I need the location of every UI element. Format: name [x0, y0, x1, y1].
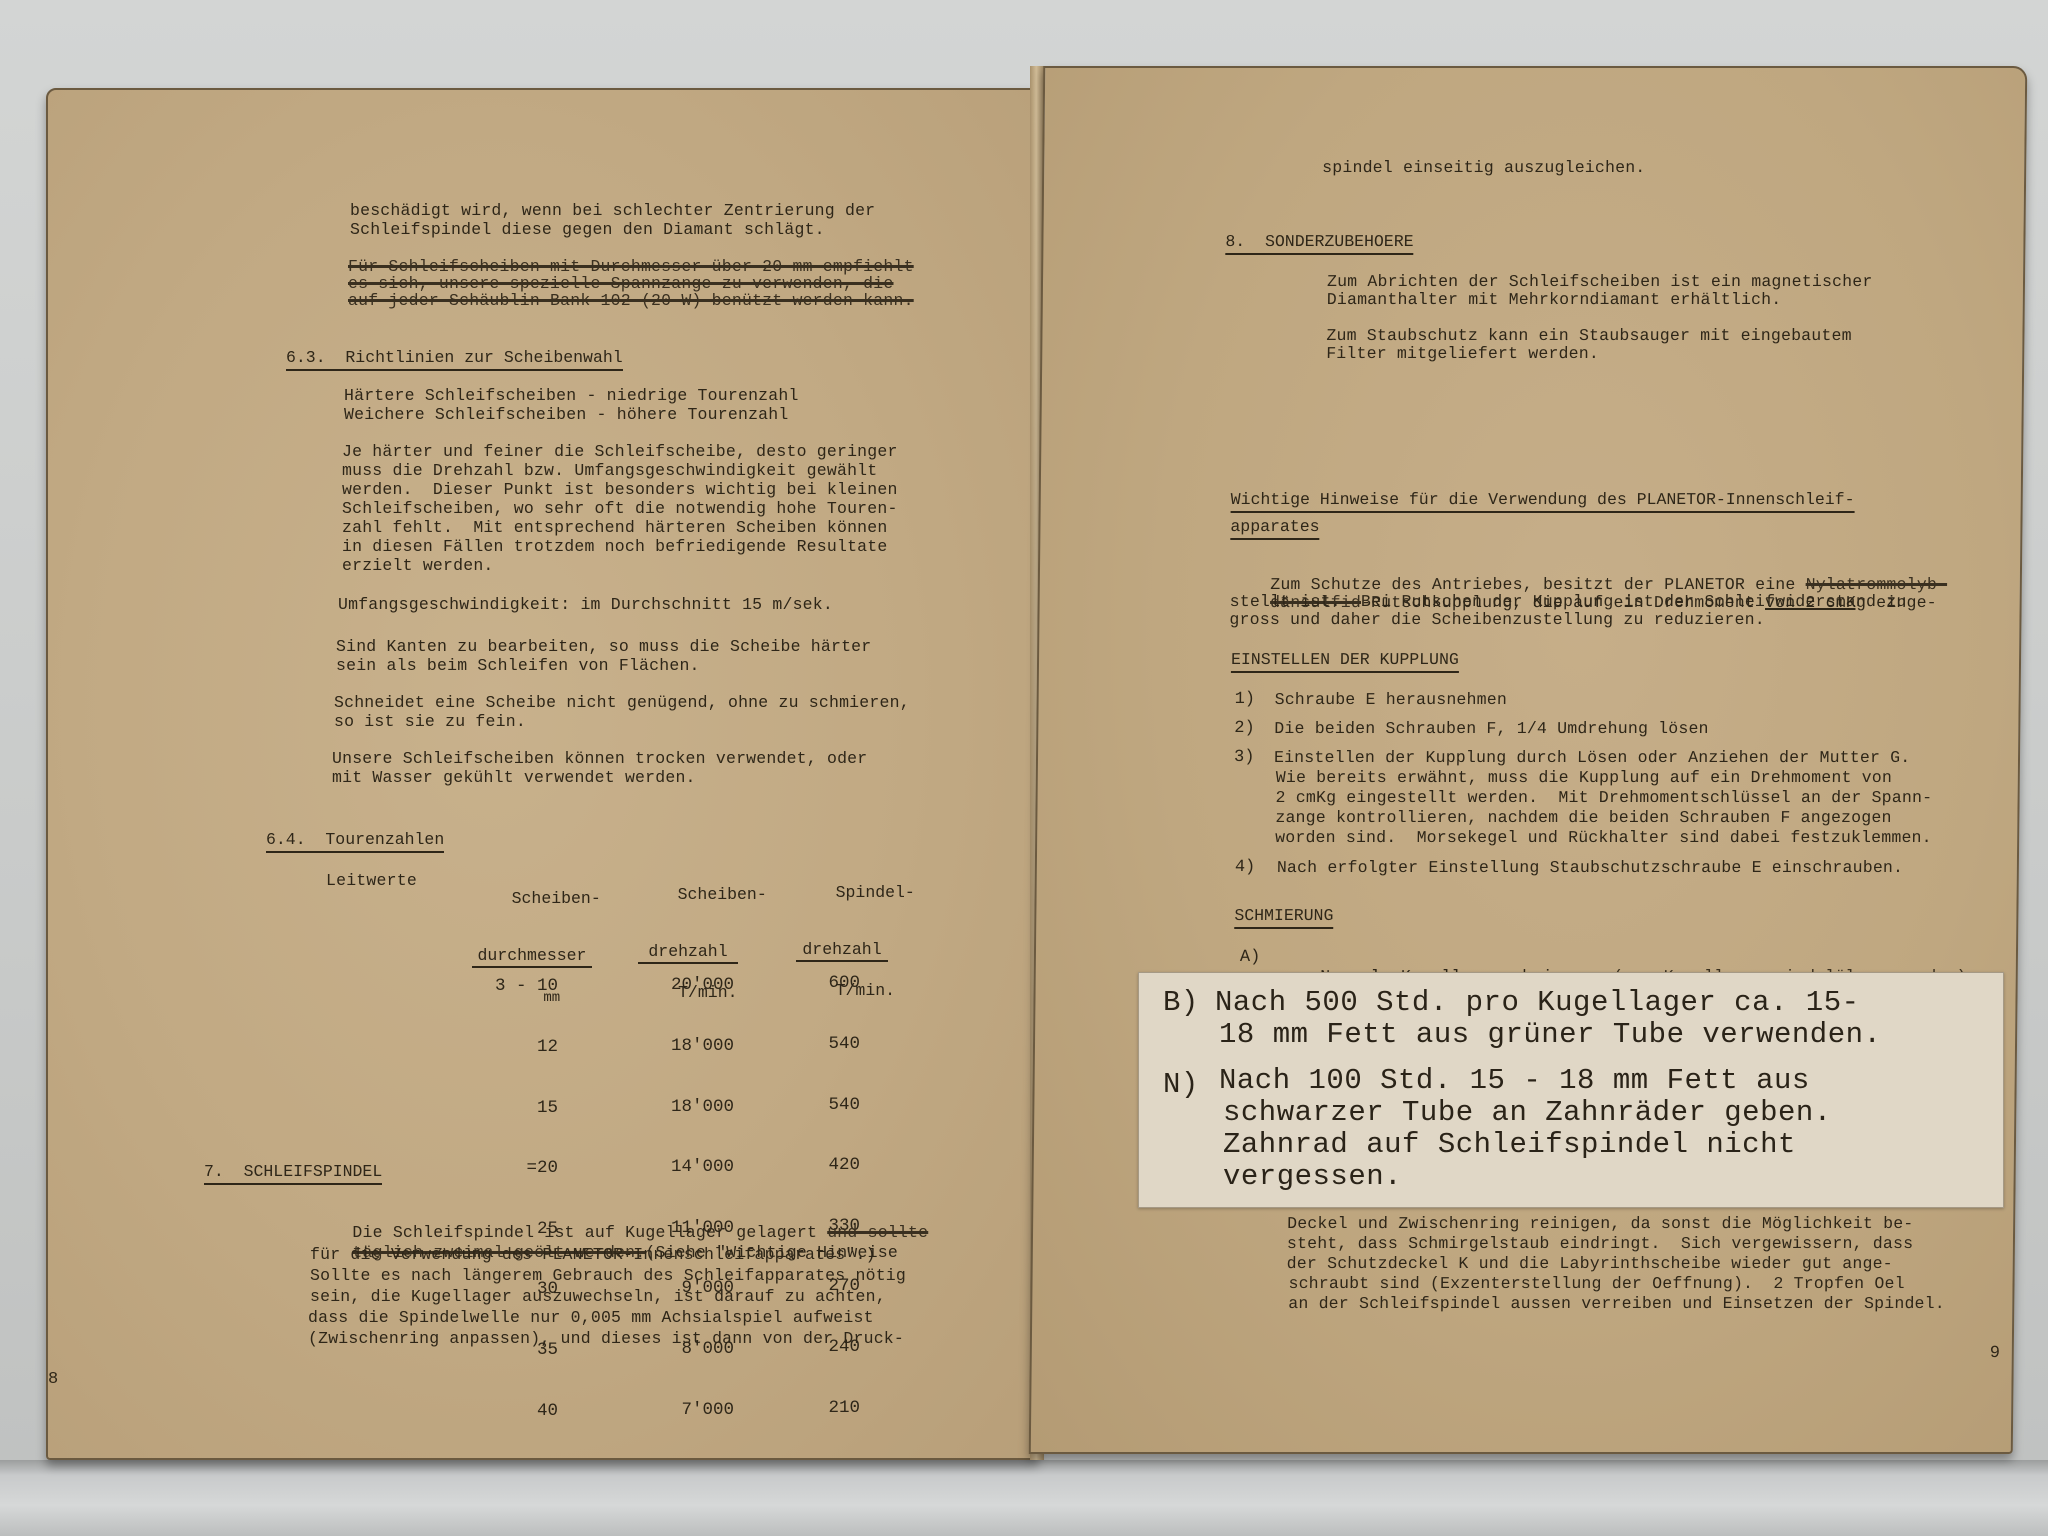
rule-line: Härtere Schleifscheiben - niedrige Toure…	[344, 386, 799, 405]
paragraph-line: sein als beim Schleifen von Flächen.	[336, 656, 700, 675]
paragraph-line: Zum Abrichten der Schleifscheiben ist ei…	[1327, 272, 1873, 291]
table-cell: 420	[818, 1155, 860, 1175]
section-heading-8: 8. SONDERZUBEHOERE	[1225, 232, 1413, 255]
table-cell: 7'000	[648, 1400, 734, 1420]
sticker-line: Nach 500 Std. pro Kugellager ca. 15-	[1215, 987, 1860, 1019]
paragraph-line: muss die Drehzahl bzw. Umfangsgeschwindi…	[342, 461, 877, 480]
table-cell: 40	[478, 1401, 558, 1421]
page-number: 8	[48, 1370, 58, 1389]
item-label: B)	[1163, 987, 1199, 1019]
speed-note: Umfangsgeschwindigkeit: im Durchschnitt …	[338, 595, 833, 614]
step-text: zange kontrollieren, nachdem die beiden …	[1275, 808, 1891, 827]
step-text: Wie bereits erwähnt, muss die Kupplung a…	[1276, 768, 1892, 787]
paragraph-line: stellt ist. Bei Rutschen der Kupplung is…	[1230, 592, 1907, 611]
table-cell: 540	[818, 1095, 860, 1115]
table-cell: 12	[478, 1037, 558, 1057]
intro-line: beschädigt wird, wenn bei schlechter Zen…	[350, 201, 875, 220]
paragraph-line: steht, dass Schmirgelstaub eindringt. Si…	[1287, 1234, 1914, 1253]
lubrication-heading: SCHMIERUNG	[1234, 906, 1333, 929]
clutch-heading: EINSTELLEN DER KUPPLUNG	[1231, 650, 1459, 673]
table-cell: 18'000	[648, 1036, 734, 1056]
step-text: Nach erfolgter Einstellung Staubschutzsc…	[1277, 858, 1904, 877]
section-heading-6-4: 6.4. Tourenzahlen	[266, 830, 444, 853]
table-column-diameter: 3 - 10 12 15 =20 25 30 35 40	[478, 936, 558, 1461]
paragraph-line: Sollte es nach längerem Gebrauch des Sch…	[310, 1266, 906, 1285]
table-cell: 600	[818, 973, 860, 993]
paragraph-line: dass die Spindelwelle nur 0,005 mm Achsi…	[308, 1308, 874, 1327]
left-page: beschädigt wird, wenn bei schlechter Zen…	[46, 88, 1038, 1460]
notes-heading-line-2: apparates	[1230, 517, 1319, 540]
step-text: Die beiden Schrauben F, 1/4 Umdrehung lö…	[1274, 719, 1709, 738]
table-row-label: Leitwerte	[326, 871, 417, 890]
table-cell: 20'000	[648, 975, 734, 995]
paragraph-line: erzielt werden.	[342, 556, 494, 575]
table-column-spindle-speed: 600 540 540 420 330 270 240 210	[818, 933, 860, 1458]
paragraph-line: der Schutzdeckel K und die Labyrinthsche…	[1287, 1254, 1893, 1273]
sticker-line: vergessen.	[1223, 1161, 1402, 1193]
rule-line: Weichere Schleifscheiben - höhere Touren…	[344, 405, 788, 424]
step-text: Einstellen der Kupplung durch Lösen oder…	[1274, 748, 1911, 767]
step-number: 3)	[1234, 748, 1255, 767]
paragraph-line: in diesen Fällen trotzdem noch befriedig…	[342, 537, 888, 556]
paragraph-line: an der Schleifspindel aussen verreiben u…	[1288, 1294, 1945, 1313]
page-number: 9	[1990, 1344, 2000, 1363]
paragraph-line: Schneidet eine Scheibe nicht genügend, o…	[334, 693, 910, 712]
step-number: 4)	[1235, 858, 1256, 877]
table-column-disc-speed: 20'000 18'000 18'000 14'000 11'000 9'000…	[648, 935, 734, 1460]
paragraph-line: sein, die Kugellager auszuwechseln, ist …	[310, 1287, 886, 1306]
paragraph-line: Deckel und Zwischenring reinigen, da son…	[1287, 1214, 1914, 1233]
paragraph-line: so ist sie zu fein.	[334, 712, 526, 731]
item-label: N)	[1163, 1069, 1199, 1101]
step-number: 1)	[1235, 690, 1256, 709]
item-label: A)	[1240, 948, 1261, 967]
paragraph-line: zahl fehlt. Mit entsprechend härteren Sc…	[342, 518, 888, 537]
table-cell: =20	[478, 1158, 558, 1178]
sticker-line: Nach 100 Std. 15 - 18 mm Fett aus	[1219, 1065, 1810, 1097]
section-heading-7: 7. SCHLEIFSPINDEL	[204, 1162, 382, 1185]
sticker-line: Zahnrad auf Schleifspindel nicht	[1223, 1129, 1796, 1161]
paragraph-line: gross und daher die Scheibenzustellung z…	[1229, 610, 1765, 629]
paragraph-line: Schleifscheiben, wo sehr oft die notwend…	[342, 499, 898, 518]
continuation-line: spindel einseitig auszugleichen.	[1322, 158, 1645, 177]
step-text: worden sind. Morsekegel und Rückhalter s…	[1275, 828, 1932, 847]
sticker-line: schwarzer Tube an Zahnräder geben.	[1223, 1097, 1832, 1129]
right-page: spindel einseitig auszugleichen. 8. SOND…	[1029, 66, 2028, 1454]
table-cell: 540	[818, 1034, 860, 1054]
step-number: 2)	[1234, 719, 1255, 738]
notes-heading-line-1: Wichtige Hinweise für die Verwendung des…	[1231, 490, 1855, 513]
table-cell: 14'000	[648, 1157, 734, 1177]
table-cell: 18'000	[648, 1097, 734, 1117]
sticker-line: 18 mm Fett aus grüner Tube verwenden.	[1219, 1019, 1881, 1051]
paragraph-line: für die Verwendung des PLANETOR-Innensch…	[310, 1245, 876, 1264]
paragraph-line: Zum Staubschutz kann ein Staubsauger mit…	[1326, 326, 1851, 345]
intro-line: Schleifspindel diese gegen den Diamant s…	[350, 220, 825, 239]
paragraph-line: Diamanthalter mit Mehrkorndiamant erhält…	[1327, 290, 1782, 309]
paragraph-line: Je härter und feiner die Schleifscheibe,…	[342, 442, 898, 461]
paragraph-line: (Zwischenring anpassen), und dieses ist …	[308, 1329, 904, 1348]
table-cell: 3 - 10	[478, 976, 558, 996]
table-edge	[0, 1460, 2048, 1536]
table-cell: 15	[478, 1098, 558, 1118]
step-text: Schraube E herausnehmen	[1275, 690, 1508, 709]
struck-line: auf jeder Schäublin Bank 102 (20 W) benü…	[348, 291, 914, 310]
paragraph-line: schraubt sind (Exzenterstellung der Oeff…	[1288, 1274, 1904, 1293]
paragraph-line: Sind Kanten zu bearbeiten, so muss die S…	[336, 637, 871, 656]
paragraph-line: Unsere Schleifscheiben können trocken ve…	[332, 749, 867, 768]
paragraph-line: werden. Dieser Punkt ist besonders wicht…	[342, 480, 898, 499]
step-text: 2 cmKg eingestellt werden. Mit Drehmomen…	[1276, 788, 1933, 807]
paragraph-line: Filter mitgeliefert werden.	[1326, 344, 1599, 363]
table-cell: 210	[818, 1398, 860, 1418]
paragraph-line: mit Wasser gekühlt verwendet werden.	[332, 768, 696, 787]
pasted-note-sticker: B) Nach 500 Std. pro Kugellager ca. 15- …	[1138, 972, 2004, 1208]
section-heading-6-3: 6.3. Richtlinien zur Scheibenwahl	[286, 348, 623, 371]
